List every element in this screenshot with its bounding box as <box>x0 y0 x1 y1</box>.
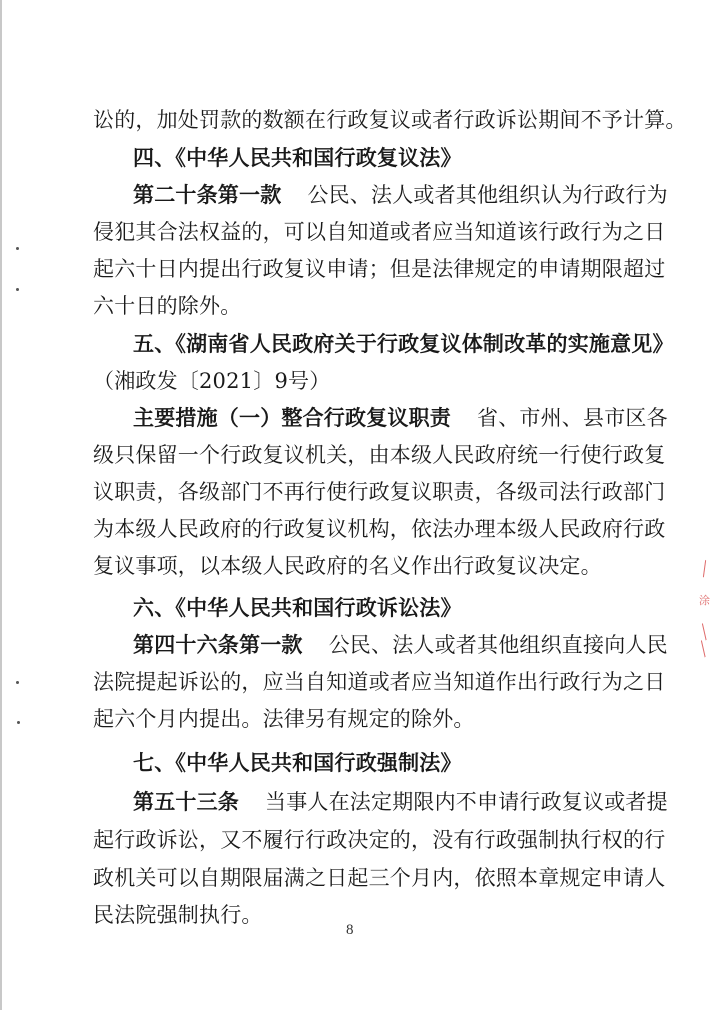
article-line: 第二十条第一款公民、法人或者其他组织认为行政行为 <box>133 183 653 207</box>
paragraph-line: 起六十日内提出行政复议申请；但是法律规定的申请期限超过 <box>93 257 613 281</box>
article-line: 第四十六条第一款公民、法人或者其他组织直接向人民 <box>133 633 653 657</box>
section-heading-5: 五、《湖南省人民政府关于行政复议体制改革的实施意见》 <box>133 332 653 356</box>
article-text: 公民、法人或者其他组织直接向人民 <box>329 633 668 657</box>
paragraph-line: 讼的，加处罚款的数额在行政复议或者行政诉讼期间不予计算。 <box>93 108 613 132</box>
section-heading-6: 六、《中华人民共和国行政诉讼法》 <box>133 596 653 620</box>
paragraph-line: 法院提起诉讼的，应当自知道或者应当知道作出行政行为之日 <box>93 670 613 694</box>
section-heading-7: 七、《中华人民共和国行政强制法》 <box>133 751 653 775</box>
paragraph-line: 为本级人民政府的行政复议机构，依法办理本级人民政府行政 <box>93 517 613 541</box>
section-heading-4: 四、《中华人民共和国行政复议法》 <box>133 146 653 170</box>
paragraph-line: 六十日的除外。 <box>93 294 613 318</box>
paragraph-line: 议职责，各级部门不再行使行政复议职责，各级司法行政部门 <box>93 480 613 504</box>
binding-hole-mark <box>16 681 19 684</box>
page-edge <box>0 0 2 1010</box>
binding-hole-mark <box>16 288 19 291</box>
article-text: 省、市州、县市区各 <box>477 406 668 430</box>
binding-hole-mark <box>16 247 19 250</box>
article-title: 第四十六条第一款 <box>133 633 303 657</box>
article-title: 第二十条第一款 <box>133 183 281 207</box>
paragraph-line: 政机关可以自期限届满之日起三个月内，依照本章规定申请人 <box>93 866 613 890</box>
document-reference: （湘政发〔2021〕9号） <box>93 369 613 393</box>
article-line: 第五十三条当事人在法定期限内不申请行政复议或者提 <box>133 790 653 814</box>
paragraph-line: 复议事项，以本级人民政府的名义作出行政复议决定。 <box>93 554 613 578</box>
article-title: 主要措施（一）整合行政复议职责 <box>133 406 451 430</box>
article-text: 公民、法人或者其他组织认为行政行为 <box>307 183 667 207</box>
paragraph-line: 起六个月内提出。法律另有规定的除外。 <box>93 707 613 731</box>
paragraph-line: 级只保留一个行政复议机关，由本级人民政府统一行使行政复 <box>93 443 613 467</box>
paragraph-line: 侵犯其合法权益的，可以自知道或者应当知道该行政行为之日 <box>93 220 613 244</box>
article-line: 主要措施（一）整合行政复议职责省、市州、县市区各 <box>133 406 653 430</box>
page-number: 8 <box>346 922 354 939</box>
paragraph-line: 起行政诉讼，又不履行行政决定的，没有行政强制执行权的行 <box>93 828 613 852</box>
article-title: 第五十三条 <box>133 790 239 814</box>
binding-hole-mark <box>17 721 20 724</box>
article-text: 当事人在法定期限内不申请行政复议或者提 <box>265 790 668 814</box>
